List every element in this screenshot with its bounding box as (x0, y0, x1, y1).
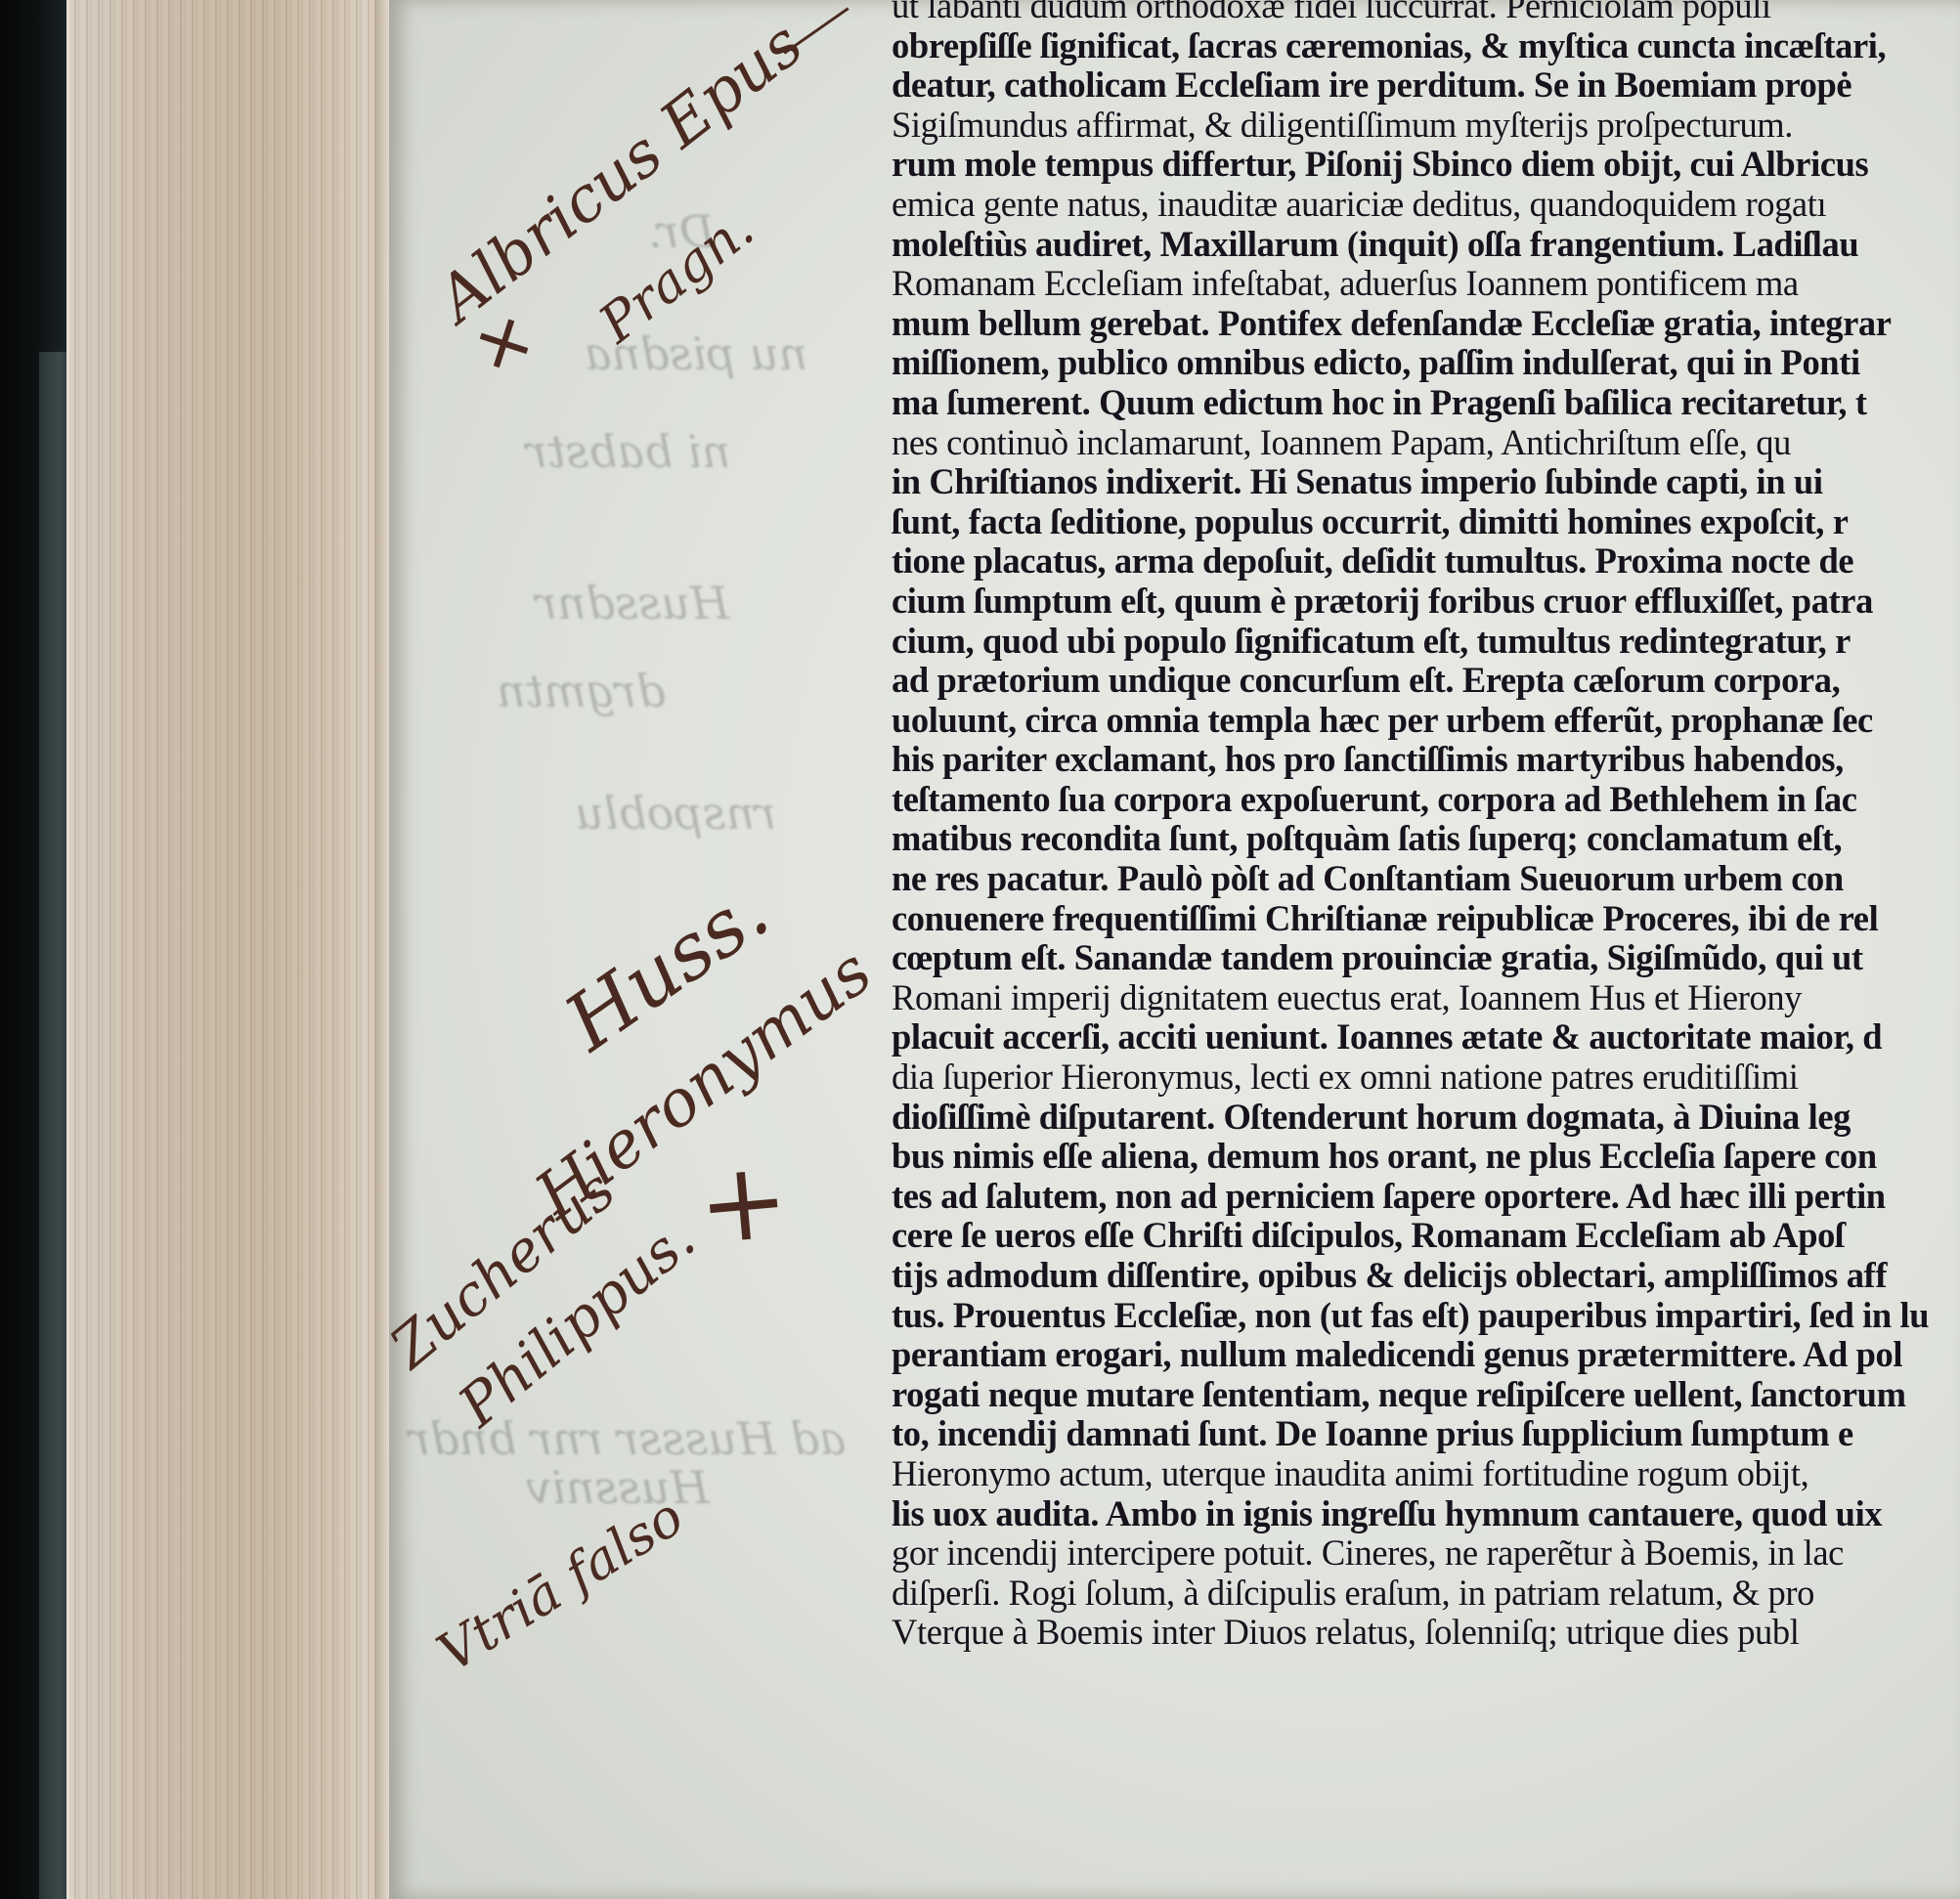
text-line: perantiam erogari, nullum maledicendi ge… (892, 1335, 1960, 1375)
cross-mark-icon: + (693, 1136, 794, 1269)
text-line: deatur, catholicam Eccleſiam ire perditu… (892, 65, 1960, 106)
show-through-text: rnspoblu (575, 787, 776, 840)
text-line: matibus recondita ſunt, poſtquàm ſatis ſ… (892, 819, 1960, 859)
text-line: cium ſumptum eſt, quum è prætorij foribu… (892, 582, 1960, 622)
text-line: teſtamento ſua corpora expoſuerunt, corp… (892, 780, 1960, 820)
show-through-text: ni babstr (526, 425, 730, 478)
text-line: lis uox audita. Ambo in ignis ingreſſu h… (892, 1494, 1960, 1534)
text-line: Romani imperij dignitatem euectus erat, … (892, 978, 1960, 1018)
text-line: diſperſi. Rogi ſolum, à diſcipulis eraſu… (892, 1574, 1960, 1614)
text-line: uoluunt, circa omnia templa hæc per urbe… (892, 701, 1960, 741)
text-line: cœptum eſt. Sanandæ tandem prouinciæ gra… (892, 938, 1960, 978)
text-line: Romanam Eccleſiam infeſtabat, aduerſus I… (892, 264, 1960, 304)
printed-text-block: ut labanti dudum orthodoxæ fidei ſuccurr… (892, 0, 1960, 1653)
text-line: gor incendij intercipere potuit. Cineres… (892, 1533, 1960, 1574)
text-line: ne res pacatur. Paulò pòſt ad Conſtantia… (892, 859, 1960, 899)
text-line: Vterque à Boemis inter Diuos relatus, ſo… (892, 1613, 1960, 1653)
text-line: ut labanti dudum orthodoxæ fidei ſuccurr… (892, 0, 1960, 26)
text-line: Hieronymo actum, uterque inaudita animi … (892, 1454, 1960, 1494)
text-line: dioſiſſimè diſputarent. Oſtenderunt horu… (892, 1098, 1960, 1138)
text-line: rogati neque mutare ſententiam, neque re… (892, 1375, 1960, 1415)
text-line: ſunt, facta ſeditione, populus occurrit,… (892, 502, 1960, 542)
show-through-text: drgmtn (497, 665, 666, 717)
text-line: conuenere frequentiſſimi Chriſtianæ reip… (892, 899, 1960, 939)
text-line: tione placatus, arma depoſuit, deſidit t… (892, 541, 1960, 582)
text-line: his pariter exclamant, hos pro ſanctiſſi… (892, 740, 1960, 780)
text-line: in Chriſtianos indixerit. Hi Senatus imp… (892, 462, 1960, 502)
text-line: nes continuò inclamarunt, Ioannem Papam,… (892, 423, 1960, 463)
text-line: rum mole tempus differtur, Piſonij Sbinc… (892, 145, 1960, 185)
text-line: mum bellum gerebat. Pontifex defenſandæ … (892, 304, 1960, 344)
text-line: cere ſe ueros eſſe Chriſti diſcipulos, R… (892, 1216, 1960, 1256)
text-line: miſſionem, publico omnibus edicto, paſſi… (892, 343, 1960, 383)
text-line: moleſtiùs audiret, Maxillarum (inquit) o… (892, 225, 1960, 265)
show-through-text: Hussniv (526, 1461, 709, 1514)
text-line: dia ſuperior Hieronymus, lecti ex omni n… (892, 1057, 1960, 1098)
text-line: tijs admodum diſſentire, opibus & delici… (892, 1256, 1960, 1296)
show-through-text: Hussdnr (536, 577, 729, 629)
text-line: emica gente natus, inauditæ auariciæ ded… (892, 185, 1960, 225)
page-edges-stack (66, 0, 392, 1899)
text-line: ad prætorium undique concurſum eſt. Erep… (892, 661, 1960, 701)
text-line: bus nimis eſſe aliena, demum hos orant, … (892, 1137, 1960, 1177)
text-line: tes ad ſalutem, non ad perniciem ſapere … (892, 1177, 1960, 1217)
text-line: placuit accerſi, acciti ueniunt. Ioannes… (892, 1017, 1960, 1057)
text-line: ma ſumerent. Quum edictum hoc in Pragenſ… (892, 383, 1960, 423)
text-line: obrepſiſſe ſignificat, ſacras cæremonias… (892, 26, 1960, 66)
text-line: cium, quod ubi populo ſignificatum eſt, … (892, 622, 1960, 662)
text-line: Sigiſmundus affirmat, & diligentiſſimum … (892, 106, 1960, 146)
text-line: tus. Prouentus Eccleſiæ, non (ut fas eſt… (892, 1296, 1960, 1336)
text-line: to, incendij damnati ſunt. De Ioanne pri… (892, 1414, 1960, 1454)
